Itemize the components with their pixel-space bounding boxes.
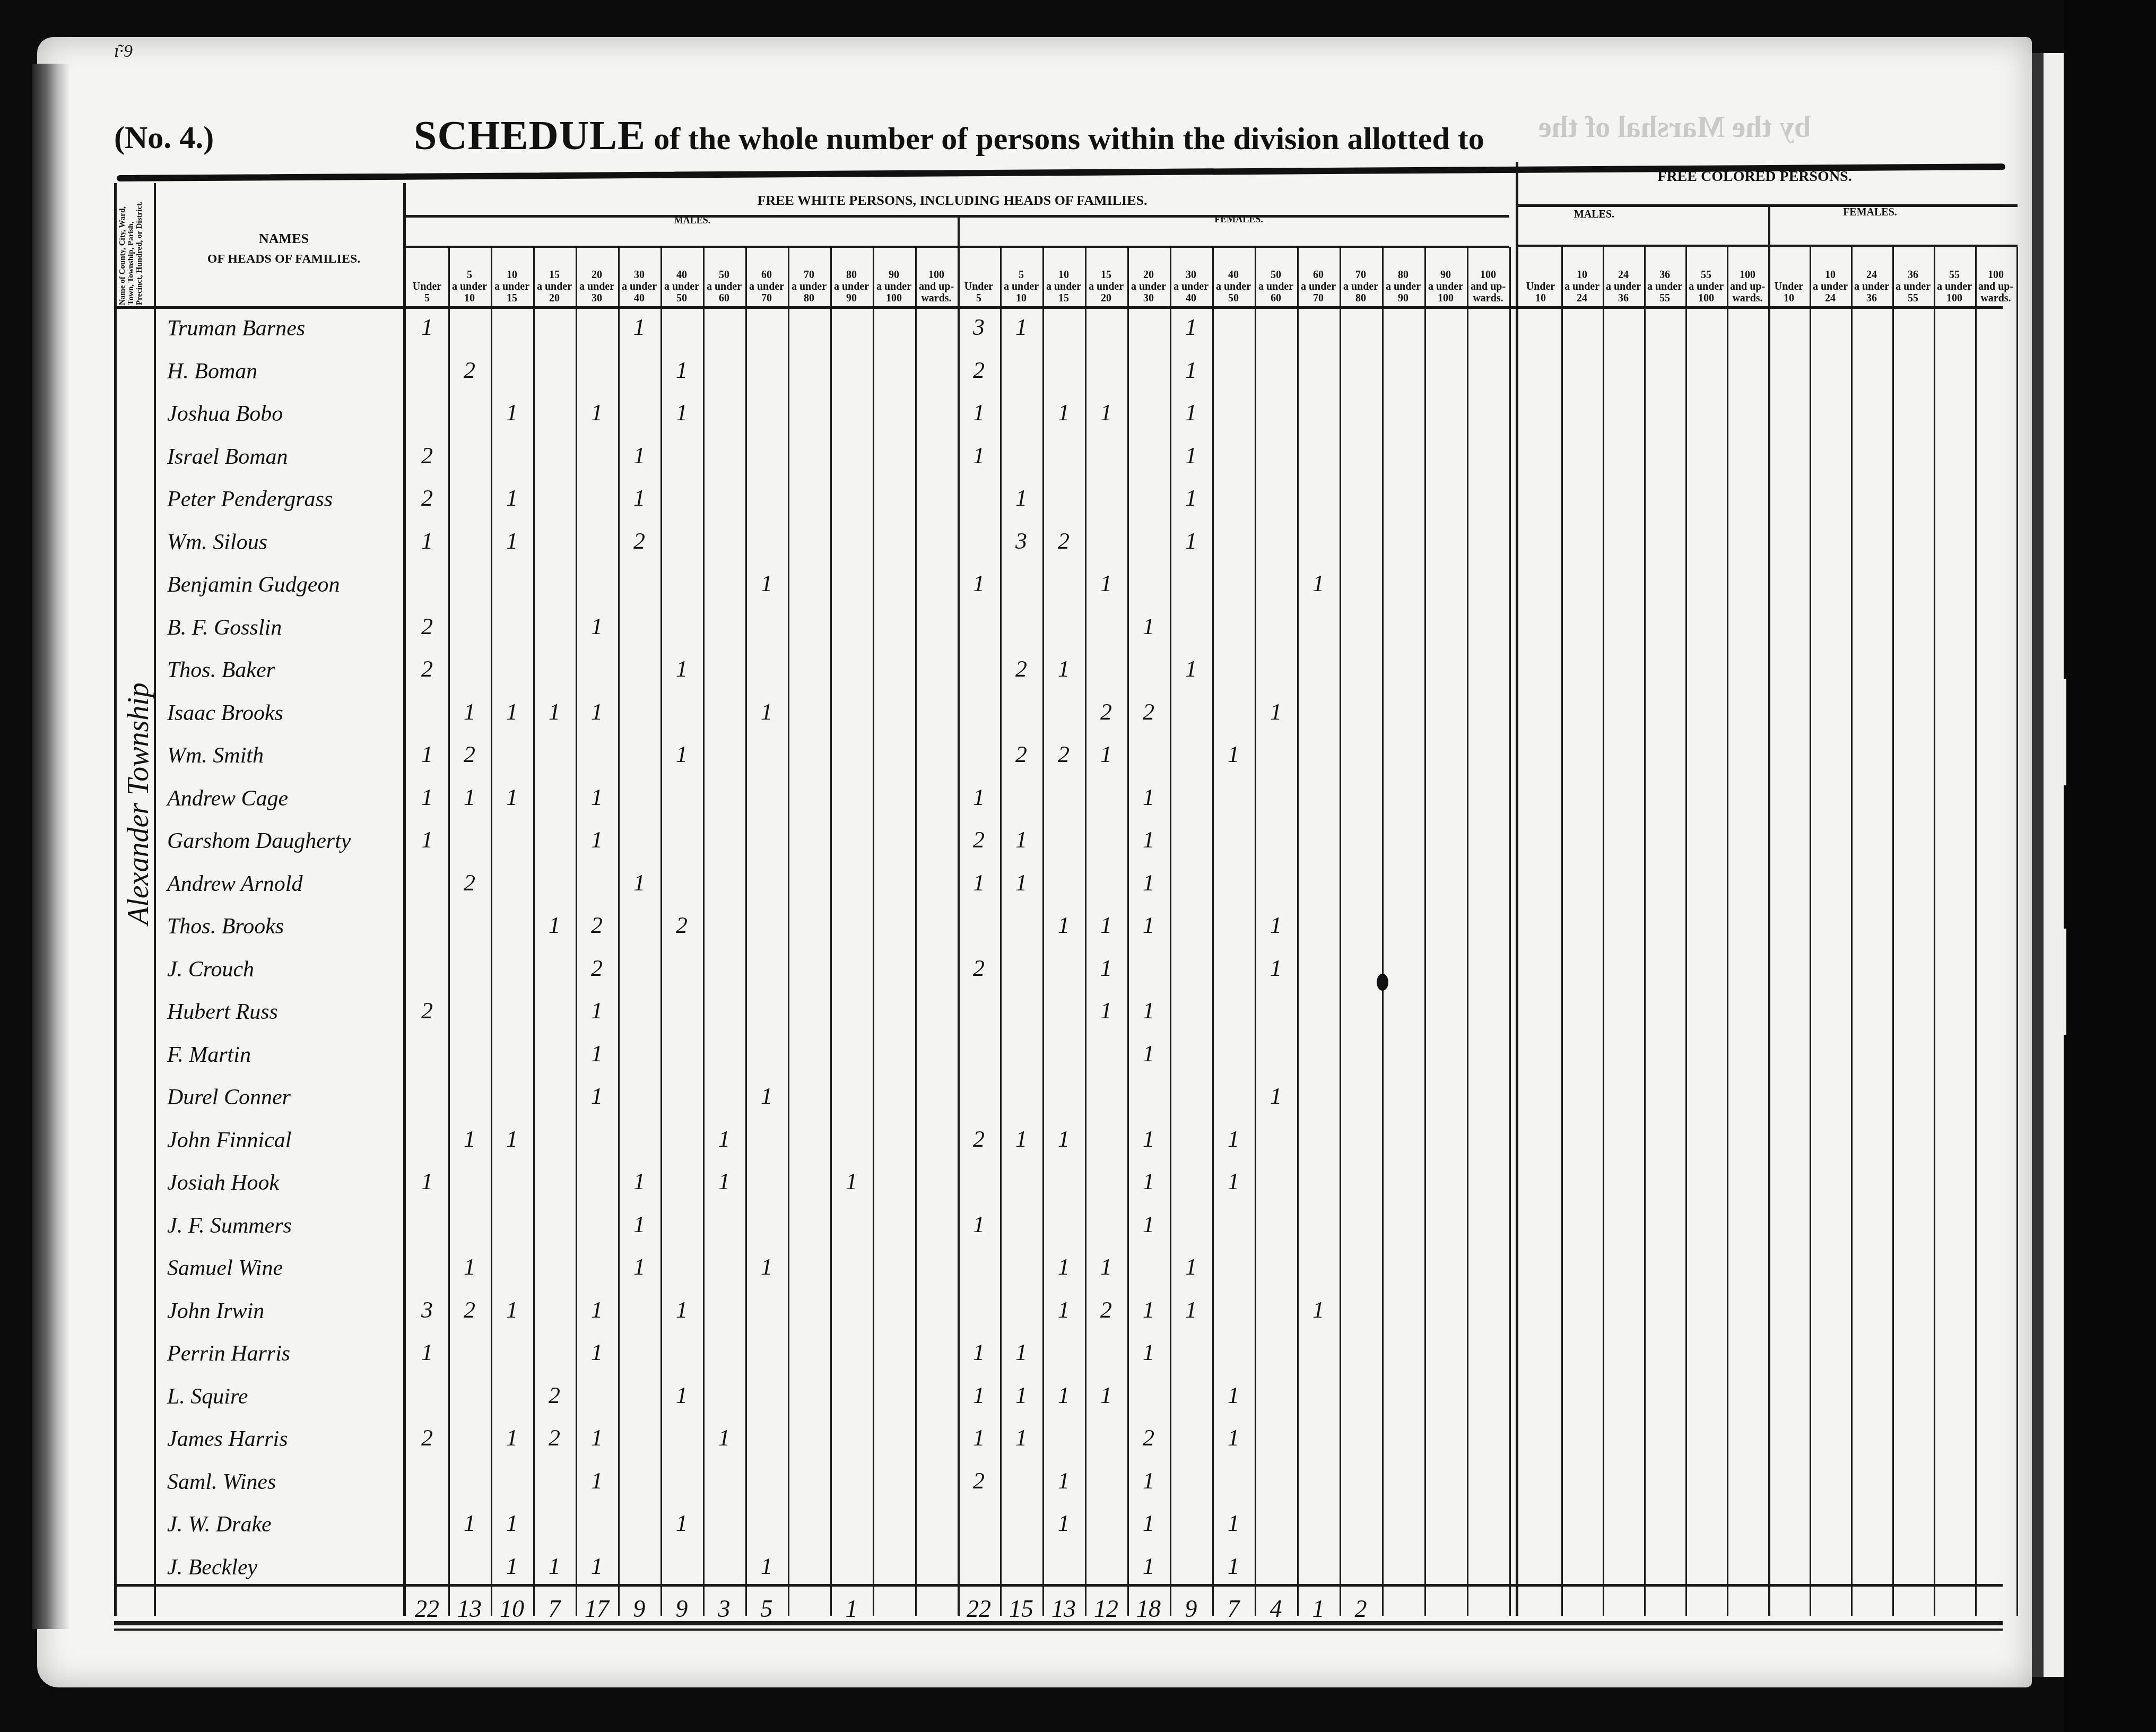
- white-female-count: 3: [1000, 527, 1042, 555]
- colored-female-age-2-line: a under: [1851, 281, 1892, 292]
- white-male-age-12: 100and up-wards.: [915, 246, 958, 304]
- head-of-family-name: Israel Boman: [167, 444, 401, 470]
- white-male-count: 1: [576, 1339, 618, 1366]
- colored-female-age-3: 36a under55: [1892, 246, 1934, 304]
- white-female-count: 2: [1127, 1424, 1170, 1451]
- white-female-age-11-line: 100: [1424, 292, 1467, 304]
- colored-males-header: MALES.: [1525, 209, 1663, 221]
- white-male-age-4-line: 20: [576, 269, 618, 281]
- column-rule: [448, 247, 450, 1616]
- white-female-age-4-line: a under: [1127, 281, 1170, 292]
- white-female-count: 1: [1042, 1296, 1085, 1323]
- colored-male-age-4-line: 55: [1685, 269, 1727, 281]
- white-male-count: 1: [406, 784, 448, 811]
- colored-male-age-4-line: 100: [1685, 292, 1727, 304]
- white-female-count: 1: [1127, 1168, 1170, 1195]
- colored-male-age-2: 24a under36: [1603, 246, 1644, 304]
- white-male-count: 1: [618, 442, 660, 469]
- colored-female-age-1-line: 24: [1810, 292, 1851, 304]
- white-male-age-10-line: 90: [830, 292, 873, 304]
- white-male-age-11: 90a under100: [873, 246, 915, 304]
- white-female-count: 1: [1212, 1510, 1255, 1537]
- white-male-age-8: 60a under70: [745, 246, 788, 304]
- column-rule: [1561, 247, 1563, 1616]
- white-female-count: 1: [1042, 1510, 1085, 1537]
- white-male-count: 1: [703, 1168, 745, 1195]
- colored-female-age-5-line: wards.: [1975, 292, 2016, 304]
- white-male-age-3: 15a under20: [533, 246, 576, 304]
- head-of-family-name: John Finnical: [167, 1128, 401, 1153]
- white-female-age-6-line: 50: [1212, 292, 1255, 304]
- white-male-count: 1: [576, 399, 618, 426]
- title-bleedthrough: by the Marshal of the: [1538, 110, 1811, 144]
- white-female-count: 1: [1000, 314, 1042, 341]
- colored-female-age-2: 24a under36: [1851, 246, 1892, 304]
- colored-male-age-5-line: 100: [1727, 269, 1768, 281]
- white-male-age-4-line: 30: [576, 292, 618, 304]
- book-binding: [32, 64, 69, 1629]
- white-female-age-1-line: a under: [1000, 281, 1042, 292]
- white-male-count: 1: [533, 698, 576, 725]
- white-female-age-2: 10a under15: [1042, 246, 1085, 304]
- white-male-count: 1: [576, 1082, 618, 1110]
- colored-female-age-2-line: 36: [1851, 292, 1892, 304]
- white-male-count: 1: [491, 399, 533, 426]
- white-male-age-12-line: and up-: [915, 281, 958, 292]
- white-male-count: 1: [745, 1253, 788, 1280]
- white-female-count: 1: [1255, 912, 1297, 939]
- white-male-count: 1: [576, 1424, 618, 1451]
- column-rule: [873, 247, 874, 1616]
- white-female-count: 1: [1042, 1467, 1085, 1494]
- white-male-age-11-line: 90: [873, 269, 915, 281]
- white-female-count: 1: [1000, 1382, 1042, 1409]
- head-of-family-name: Saml. Wines: [167, 1469, 401, 1495]
- colored-female-age-4-line: a under: [1934, 281, 1975, 292]
- white-male-count: 2: [618, 527, 660, 555]
- white-male-count: 1: [618, 1168, 660, 1195]
- white-female-count: 1: [1000, 869, 1042, 896]
- white-female-count: 1: [958, 869, 1000, 896]
- white-male-count: 1: [576, 698, 618, 725]
- white-male-count: 1: [618, 314, 660, 341]
- white-male-total: 3: [703, 1595, 745, 1623]
- white-female-total: 12: [1085, 1595, 1127, 1623]
- white-female-count: 2: [958, 1125, 1000, 1153]
- white-female-age-10-line: a under: [1382, 281, 1424, 292]
- white-male-count: 1: [745, 698, 788, 725]
- white-male-count: 1: [491, 1424, 533, 1451]
- white-female-count: 2: [1000, 741, 1042, 768]
- white-male-count: 1: [660, 1296, 703, 1323]
- white-female-age-7-line: 60: [1255, 292, 1297, 304]
- colored-male-age-1-line: a under: [1561, 281, 1603, 292]
- white-male-age-6: 40a under50: [660, 246, 703, 304]
- white-female-count: 1: [1000, 826, 1042, 853]
- white-female-age-5-line: a under: [1170, 281, 1212, 292]
- white-male-age-8-line: 60: [745, 269, 788, 281]
- white-male-age-11-line: a under: [873, 281, 915, 292]
- white-female-count: 1: [1085, 1253, 1127, 1280]
- white-female-age-5-line: 30: [1170, 269, 1212, 281]
- white-female-age-3-line: a under: [1085, 281, 1127, 292]
- white-male-count: 1: [660, 357, 703, 384]
- white-male-total: 22: [406, 1595, 448, 1623]
- white-female-count: 1: [1127, 1211, 1170, 1238]
- white-female-age-4: 20a under30: [1127, 246, 1170, 304]
- white-female-count: 1: [958, 1339, 1000, 1366]
- white-female-count: 1: [1127, 1339, 1170, 1366]
- white-female-count: 2: [1127, 698, 1170, 725]
- white-male-age-2-line: 10: [491, 269, 533, 281]
- white-male-count: 1: [406, 826, 448, 853]
- free-white-header: FREE WHITE PERSONS, INCLUDING HEADS OF F…: [403, 193, 1501, 209]
- white-female-total: 7: [1212, 1595, 1255, 1623]
- head-of-family-name: J. Crouch: [167, 957, 401, 982]
- colored-male-age-0-line: 10: [1520, 292, 1561, 304]
- scan-background: [2064, 0, 2156, 1732]
- white-female-age-6-line: a under: [1212, 281, 1255, 292]
- column-rule: [1467, 247, 1468, 1616]
- head-of-family-name: H. Boman: [167, 359, 401, 384]
- white-female-count: 1: [1170, 357, 1212, 384]
- white-male-count: 2: [406, 613, 448, 640]
- white-male-age-0-line: Under: [406, 281, 448, 292]
- column-rule: [1810, 247, 1811, 1616]
- white-male-count: 1: [448, 1253, 491, 1280]
- column-rule: [745, 247, 747, 1616]
- white-female-count: 1: [1212, 741, 1255, 768]
- white-female-age-4-line: 30: [1127, 292, 1170, 304]
- white-male-total: 17: [576, 1595, 618, 1623]
- head-of-family-name: Garshom Daugherty: [167, 828, 401, 854]
- white-female-count: 1: [1042, 655, 1085, 682]
- white-female-count: 1: [958, 1382, 1000, 1409]
- white-male-count: 1: [830, 1168, 873, 1195]
- white-male-count: 1: [618, 484, 660, 512]
- white-female-count: 1: [1170, 484, 1212, 512]
- row-rule: [406, 215, 1509, 218]
- row-rule: [1516, 204, 2018, 207]
- white-male-age-0-line: 5: [406, 292, 448, 304]
- column-rule: [154, 183, 156, 1616]
- colored-female-age-4-line: 100: [1934, 292, 1975, 304]
- colored-female-age-1: 10a under24: [1810, 246, 1851, 304]
- white-female-total: 1: [1297, 1595, 1340, 1623]
- white-female-age-12-line: wards.: [1467, 292, 1509, 304]
- white-female-total: 15: [1000, 1595, 1042, 1623]
- white-male-age-2-line: a under: [491, 281, 533, 292]
- row-rule: [114, 1584, 2003, 1587]
- colored-female-age-0-line: Under: [1768, 281, 1810, 292]
- white-male-count: 1: [745, 1082, 788, 1110]
- white-male-count: 2: [448, 357, 491, 384]
- white-male-count: 1: [576, 997, 618, 1024]
- white-male-count: 1: [491, 484, 533, 512]
- column-rule: [1892, 247, 1894, 1616]
- colored-female-age-3-line: 55: [1892, 292, 1934, 304]
- column-rule: [788, 247, 789, 1616]
- white-male-age-5-line: 30: [618, 269, 660, 281]
- colored-female-age-5-line: 100: [1975, 269, 2016, 281]
- white-female-count: 1: [1170, 314, 1212, 341]
- white-female-total: 13: [1042, 1595, 1085, 1623]
- head-of-family-name: Samuel Wine: [167, 1255, 401, 1281]
- page-tab: [2045, 929, 2066, 1035]
- white-male-count: 2: [576, 912, 618, 939]
- column-rule: [1934, 247, 1935, 1616]
- white-female-count: 1: [1212, 1382, 1255, 1409]
- page-tab: [2045, 679, 2066, 785]
- white-female-count: 1: [958, 442, 1000, 469]
- white-male-count: 1: [533, 1553, 576, 1580]
- column-rule: [403, 183, 406, 1616]
- colored-female-age-3-line: 36: [1892, 269, 1934, 281]
- white-female-count: 1: [1000, 484, 1042, 512]
- white-female-count: 1: [958, 570, 1000, 597]
- colored-females-header: FEMALES.: [1801, 206, 1939, 219]
- white-male-count: 1: [533, 912, 576, 939]
- white-male-count: 2: [448, 741, 491, 768]
- white-female-age-7: 50a under60: [1255, 246, 1297, 304]
- title-rest: of the whole number of persons within th…: [654, 121, 1484, 156]
- colored-female-age-1-line: 10: [1810, 269, 1851, 281]
- white-male-age-3-line: a under: [533, 281, 576, 292]
- white-male-age-3-line: 15: [533, 269, 576, 281]
- column-rule: [1516, 162, 1518, 1616]
- white-male-age-7-line: 60: [703, 292, 745, 304]
- white-female-age-2-line: 10: [1042, 269, 1085, 281]
- head-of-family-name: Thos. Brooks: [167, 914, 401, 939]
- white-female-age-9-line: 80: [1340, 292, 1382, 304]
- column-rule: [1603, 247, 1604, 1616]
- white-female-age-7-line: a under: [1255, 281, 1297, 292]
- column-rule: [1382, 247, 1384, 1616]
- white-female-count: 1: [1127, 997, 1170, 1024]
- white-female-count: 1: [1127, 826, 1170, 853]
- white-male-age-3-line: 20: [533, 292, 576, 304]
- white-female-age-12: 100and up-wards.: [1467, 246, 1509, 304]
- white-female-age-3: 15a under20: [1085, 246, 1127, 304]
- white-female-age-1: 5a under10: [1000, 246, 1042, 304]
- free-colored-header: FREE COLORED PERSONS.: [1507, 168, 2003, 185]
- census-table: Name of County, City, Ward, Town, Townsh…: [114, 183, 2003, 1637]
- white-female-count: 1: [1127, 784, 1170, 811]
- head-of-family-name: Josiah Hook: [167, 1170, 401, 1196]
- white-female-age-6-line: 40: [1212, 269, 1255, 281]
- colored-female-age-4: 55a under100: [1934, 246, 1975, 304]
- white-female-count: 2: [1085, 1296, 1127, 1323]
- white-male-count: 1: [576, 826, 618, 853]
- white-male-count: 1: [491, 1125, 533, 1153]
- white-female-total: 18: [1127, 1595, 1170, 1623]
- white-male-count: 1: [448, 1125, 491, 1153]
- white-male-total: 9: [660, 1595, 703, 1623]
- white-male-count: 2: [660, 912, 703, 939]
- head-of-family-name: J. F. Summers: [167, 1213, 401, 1239]
- white-female-count: 1: [1085, 997, 1127, 1024]
- white-male-count: 1: [618, 869, 660, 896]
- white-male-count: 1: [660, 399, 703, 426]
- white-male-count: 1: [491, 1296, 533, 1323]
- white-male-count: 1: [576, 613, 618, 640]
- white-female-age-0: Under5: [958, 246, 1000, 304]
- column-rule: [1685, 247, 1687, 1616]
- column-rule: [2016, 247, 2018, 1616]
- white-female-count: 1: [1255, 955, 1297, 982]
- head-of-family-name: Truman Barnes: [167, 316, 401, 341]
- white-male-age-9: 70a under80: [788, 246, 830, 304]
- white-male-age-9-line: a under: [788, 281, 830, 292]
- white-female-age-9-line: a under: [1340, 281, 1382, 292]
- white-male-count: 1: [491, 527, 533, 555]
- white-female-count: 2: [958, 357, 1000, 384]
- colored-male-age-2-line: a under: [1603, 281, 1644, 292]
- ink-blot: [1377, 974, 1388, 991]
- white-male-count: 2: [533, 1424, 576, 1451]
- white-female-count: 1: [1170, 1253, 1212, 1280]
- white-female-total: 2: [1340, 1595, 1382, 1623]
- white-female-age-10: 80a under90: [1382, 246, 1424, 304]
- colored-male-age-1: 10a under24: [1561, 246, 1603, 304]
- white-female-count: 2: [1042, 741, 1085, 768]
- white-female-count: 1: [1212, 1424, 1255, 1451]
- white-female-age-3-line: 20: [1085, 292, 1127, 304]
- white-male-age-5: 30a under40: [618, 246, 660, 304]
- white-female-count: 1: [1000, 1125, 1042, 1153]
- white-female-count: 1: [1127, 1040, 1170, 1067]
- head-of-family-name: Peter Pendergrass: [167, 487, 401, 512]
- white-male-count: 1: [406, 741, 448, 768]
- white-male-total: 9: [618, 1595, 660, 1623]
- white-male-total: 1: [830, 1595, 873, 1623]
- white-female-count: 1: [1127, 1553, 1170, 1580]
- white-male-count: 3: [406, 1296, 448, 1323]
- white-female-count: 1: [1297, 570, 1340, 597]
- white-female-count: 1: [1085, 570, 1127, 597]
- column-rule: [703, 247, 705, 1616]
- white-female-age-12-line: and up-: [1467, 281, 1509, 292]
- column-rule: [1768, 204, 1770, 1616]
- white-female-count: 1: [1085, 741, 1127, 768]
- colored-male-age-3-line: 55: [1644, 292, 1685, 304]
- colored-male-age-1-line: 10: [1561, 269, 1603, 281]
- white-female-age-0-line: Under: [958, 281, 1000, 292]
- white-male-count: 2: [406, 1424, 448, 1451]
- white-female-count: 1: [958, 1211, 1000, 1238]
- white-male-total: 7: [533, 1595, 576, 1623]
- white-female-age-11-line: a under: [1424, 281, 1467, 292]
- white-male-age-2: 10a under15: [491, 246, 533, 304]
- white-female-count: 1: [958, 1424, 1000, 1451]
- colored-female-age-0-line: 10: [1768, 292, 1810, 304]
- colored-male-age-3-line: a under: [1644, 281, 1685, 292]
- column-rule: [1297, 247, 1299, 1616]
- white-female-age-9: 70a under80: [1340, 246, 1382, 304]
- white-male-age-10: 80a under90: [830, 246, 873, 304]
- white-male-count: 1: [576, 1296, 618, 1323]
- white-female-age-0-line: 5: [958, 292, 1000, 304]
- white-male-count: 2: [406, 484, 448, 512]
- white-male-count: 1: [660, 1510, 703, 1537]
- white-male-age-7: 50a under60: [703, 246, 745, 304]
- page-title: SCHEDULE of the whole number of persons …: [414, 111, 1484, 159]
- head-of-family-name: J. Beckley: [167, 1555, 401, 1580]
- head-of-family-name: F. Martin: [167, 1042, 401, 1068]
- white-male-age-0: Under5: [406, 246, 448, 304]
- white-female-count: 1: [1042, 1253, 1085, 1280]
- column-rule: [1644, 247, 1646, 1616]
- colored-female-age-5-line: and up-: [1975, 281, 2016, 292]
- column-rule: [915, 247, 917, 1616]
- white-male-count: 1: [576, 1040, 618, 1067]
- white-male-age-1-line: 10: [448, 292, 491, 304]
- column-rule: [830, 247, 832, 1616]
- white-female-count: 1: [1170, 655, 1212, 682]
- column-rule: [1424, 247, 1426, 1616]
- white-male-count: 1: [745, 1553, 788, 1580]
- white-female-count: 1: [1127, 613, 1170, 640]
- white-male-age-11-line: 100: [873, 292, 915, 304]
- white-male-age-4-line: a under: [576, 281, 618, 292]
- white-male-count: 1: [491, 784, 533, 811]
- white-male-count: 1: [660, 1382, 703, 1409]
- white-male-count: 2: [576, 955, 618, 982]
- white-female-age-8-line: 60: [1297, 269, 1340, 281]
- white-male-count: 1: [576, 1467, 618, 1494]
- white-male-age-2-line: 15: [491, 292, 533, 304]
- white-female-count: 1: [1085, 912, 1127, 939]
- head-of-family-name: J. W. Drake: [167, 1512, 401, 1537]
- colored-male-age-2-line: 36: [1603, 292, 1644, 304]
- colored-male-age-3-line: 36: [1644, 269, 1685, 281]
- white-male-age-6-line: 40: [660, 269, 703, 281]
- white-male-age-6-line: 50: [660, 292, 703, 304]
- white-male-count: 1: [406, 1339, 448, 1366]
- white-female-count: 2: [958, 826, 1000, 853]
- white-male-count: 1: [448, 784, 491, 811]
- colored-female-age-2-line: 24: [1851, 269, 1892, 281]
- column-rule: [1000, 247, 1002, 1616]
- colored-male-age-4: 55a under100: [1685, 246, 1727, 304]
- white-female-age-8: 60a under70: [1297, 246, 1340, 304]
- white-male-count: 1: [576, 1553, 618, 1580]
- white-male-total: 5: [745, 1595, 788, 1623]
- white-female-count: 1: [1255, 1082, 1297, 1110]
- colored-male-age-0: Under10: [1520, 246, 1561, 304]
- white-female-count: 1: [1170, 442, 1212, 469]
- white-male-count: 1: [660, 655, 703, 682]
- white-male-count: 2: [406, 655, 448, 682]
- white-female-count: 1: [1042, 399, 1085, 426]
- head-of-family-name: Wm. Smith: [167, 743, 401, 768]
- white-female-age-11-line: 90: [1424, 269, 1467, 281]
- white-male-age-1: 5a under10: [448, 246, 491, 304]
- white-female-count: 1: [1170, 399, 1212, 426]
- white-male-count: 1: [576, 784, 618, 811]
- white-male-age-10-line: a under: [830, 281, 873, 292]
- column-rule: [1727, 247, 1728, 1616]
- white-female-age-6: 40a under50: [1212, 246, 1255, 304]
- white-female-age-2-line: a under: [1042, 281, 1085, 292]
- white-female-count: 2: [958, 955, 1000, 982]
- white-male-age-12-line: wards.: [915, 292, 958, 304]
- white-female-age-1-line: 5: [1000, 269, 1042, 281]
- white-female-age-10-line: 80: [1382, 269, 1424, 281]
- white-male-total: 13: [448, 1595, 491, 1623]
- white-male-age-9-line: 80: [788, 292, 830, 304]
- white-male-age-7-line: a under: [703, 281, 745, 292]
